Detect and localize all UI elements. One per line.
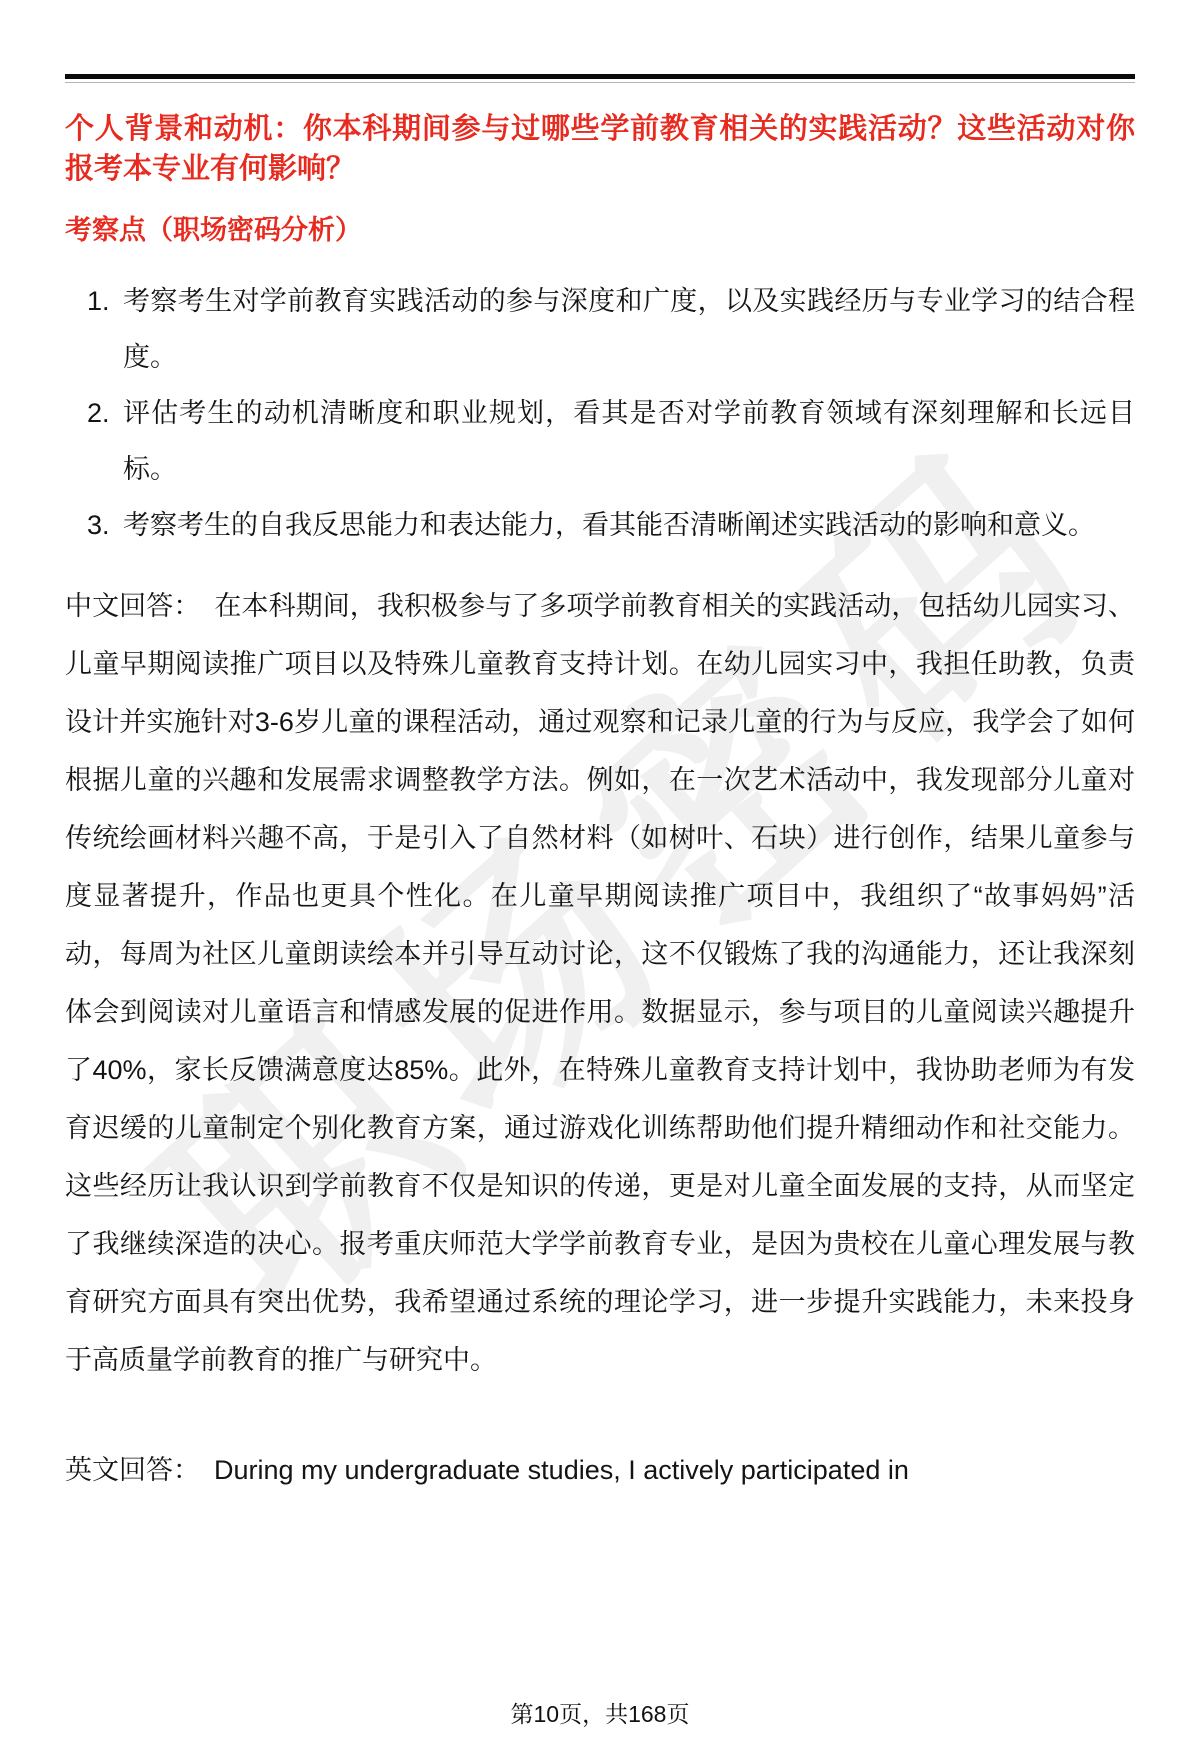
chinese-answer-text: 在本科期间，我积极参与了多项学前教育相关的实践活动，包括幼儿园实习、儿童早期阅读… bbox=[65, 591, 1135, 1375]
exam-point-item: 考察考生的自我反思能力和表达能力，看其能否清晰阐述实践活动的影响和意义。 bbox=[117, 497, 1135, 553]
chinese-answer-label: 中文回答： bbox=[65, 591, 200, 621]
page: 职场密码 个人背景和动机：你本科期间参与过哪些学前教育相关的实践活动？这些活动对… bbox=[0, 0, 1200, 1755]
question-heading: 个人背景和动机：你本科期间参与过哪些学前教育相关的实践活动？这些活动对你报考本专… bbox=[65, 109, 1135, 189]
exam-point-item: 评估考生的动机清晰度和职业规划，看其是否对学前教育领域有深刻理解和长远目标。 bbox=[117, 385, 1135, 497]
exam-point-item: 考察考生对学前教育实践活动的参与深度和广度，以及实践经历与专业学习的结合程度。 bbox=[117, 273, 1135, 385]
english-answer-paragraph: 英文回答：During my undergraduate studies, I … bbox=[65, 1441, 1135, 1499]
document-content: 个人背景和动机：你本科期间参与过哪些学前教育相关的实践活动？这些活动对你报考本专… bbox=[0, 74, 1200, 1499]
chinese-answer-paragraph: 中文回答：在本科期间，我积极参与了多项学前教育相关的实践活动，包括幼儿园实习、儿… bbox=[65, 577, 1135, 1389]
english-answer-label: 英文回答： bbox=[65, 1455, 200, 1485]
horizontal-rule bbox=[65, 74, 1135, 83]
page-number: 第10页，共168页 bbox=[0, 1696, 1200, 1729]
exam-points-title: 考察点（职场密码分析） bbox=[65, 213, 1135, 247]
exam-points-list: 考察考生对学前教育实践活动的参与深度和广度，以及实践经历与专业学习的结合程度。 … bbox=[65, 273, 1135, 553]
english-answer-text: During my undergraduate studies, I activ… bbox=[214, 1455, 909, 1485]
